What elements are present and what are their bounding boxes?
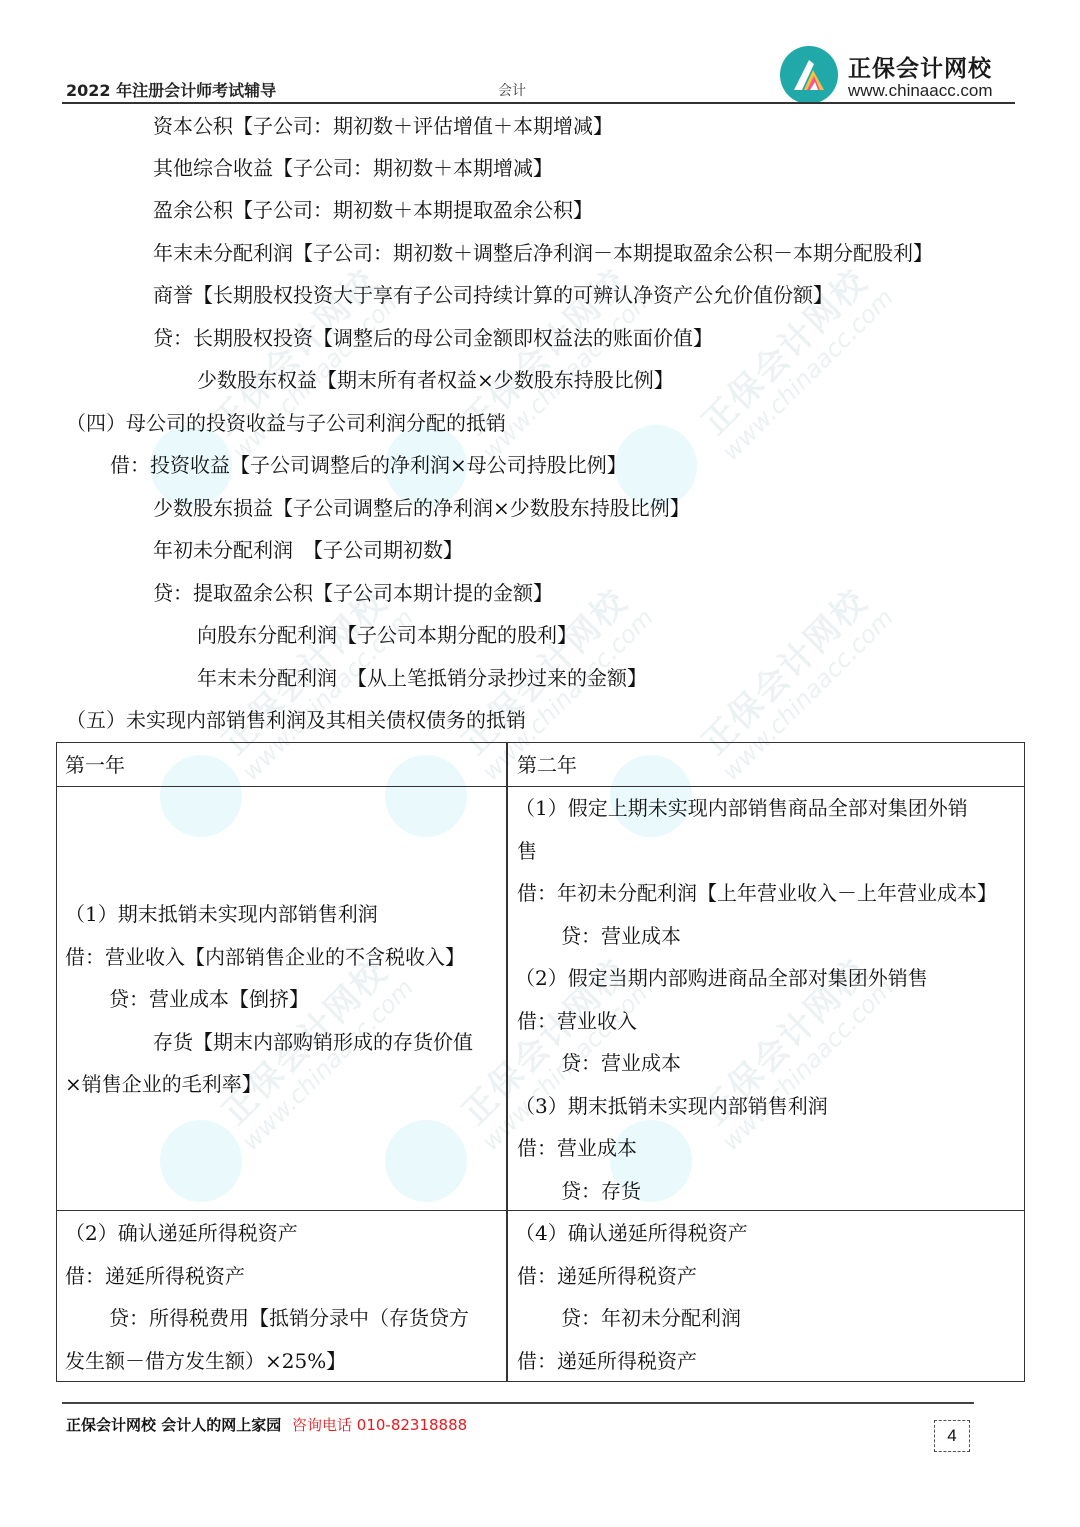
cell-line: （1）假定上期未实现内部销售商品全部对集团外销 <box>515 794 968 822</box>
table-row: （1）期末抵销未实现内部销售利润 借：营业收入【内部销售企业的不含税收入】 贷：… <box>57 787 1024 1211</box>
table-row: （2）确认递延所得税资产 借：递延所得税资产 贷：所得税费用【抵销分录中（存货贷… <box>57 1211 1024 1381</box>
cell-line: 贷：所得税费用【抵销分录中（存货贷方 <box>109 1304 469 1332</box>
footer-brand: 正保会计网校 会计人的网上家园 <box>66 1416 281 1434</box>
cell-line: 发生额－借方发生额）×25%】 <box>65 1347 346 1375</box>
document-title: 2022 年注册会计师考试辅导 <box>66 78 276 101</box>
entry-line: 盈余公积【子公司：期初数＋本期提取盈余公积】 <box>153 196 593 224</box>
entry-line: 年末未分配利润【子公司：期初数＋调整后净利润－本期提取盈余公积－本期分配股利】 <box>153 239 933 267</box>
section-heading: （五）未实现内部销售利润及其相关债权债务的抵销 <box>66 706 526 734</box>
cell-line: （3）期末抵销未实现内部销售利润 <box>515 1092 828 1120</box>
cell-line: （2）确认递延所得税资产 <box>65 1219 298 1247</box>
entry-line: 贷：长期股权投资【调整后的母公司金额即权益法的账面价值】 <box>153 324 713 352</box>
elimination-table: 第一年 第二年 （1）期末抵销未实现内部销售利润 借：营业收入【内部销售企业的不… <box>56 742 1025 1382</box>
cell-line: 贷：存货 <box>561 1177 641 1205</box>
footer-info: 正保会计网校 会计人的网上家园 咨询电话 010-82318888 <box>66 1414 467 1435</box>
page-number: 4 <box>934 1420 970 1452</box>
page-header: 2022 年注册会计师考试辅导 会计 正保会计网校 www.chinaacc.c… <box>62 0 1015 104</box>
header-year-one: 第一年 <box>65 751 125 779</box>
brand-name: 正保会计网校 <box>848 50 992 83</box>
header-year-two: 第二年 <box>517 751 577 779</box>
cell-line: 借：年初未分配利润【上年营业收入－上年营业成本】 <box>517 879 997 907</box>
cell-line: 借：递延所得税资产 <box>517 1347 697 1375</box>
footer-phone[interactable]: 咨询电话 010-82318888 <box>292 1416 467 1434</box>
entry-line: 其他综合收益【子公司：期初数＋本期增减】 <box>153 154 553 182</box>
entry-line: 年末未分配利润 【从上笔抵销分录抄过来的金额】 <box>197 664 647 692</box>
cell-line: 贷：营业成本 <box>561 922 681 950</box>
entry-line: 少数股东损益【子公司调整后的净利润×少数股东持股比例】 <box>153 494 690 522</box>
entry-line: 年初未分配利润 【子公司期初数】 <box>153 536 463 564</box>
cell-line: （2）假定当期内部购进商品全部对集团外销售 <box>515 964 928 992</box>
section-heading: （四）母公司的投资收益与子公司利润分配的抵销 <box>66 409 506 437</box>
cell-line: 贷：营业成本 <box>561 1049 681 1077</box>
cell-line: 借：营业成本 <box>517 1134 637 1162</box>
cell-line: 贷：营业成本【倒挤】 <box>109 985 309 1013</box>
header-divider <box>62 102 1015 104</box>
cell-line: 贷：年初未分配利润 <box>561 1304 741 1332</box>
cell-line: 借：营业收入 <box>517 1007 637 1035</box>
chinaacc-logo-icon <box>780 46 838 104</box>
entry-line: 少数股东权益【期末所有者权益×少数股东持股比例】 <box>197 366 674 394</box>
entry-line: 借：投资收益【子公司调整后的净利润×母公司持股比例】 <box>110 451 627 479</box>
cell-line: （1）期末抵销未实现内部销售利润 <box>65 900 378 928</box>
entry-line: 向股东分配利润【子公司本期分配的股利】 <box>197 621 577 649</box>
cell-line: （4）确认递延所得税资产 <box>515 1219 748 1247</box>
cell-line: 借：递延所得税资产 <box>517 1262 697 1290</box>
cell-line: ×销售企业的毛利率】 <box>65 1070 262 1098</box>
cell-line: 借：营业收入【内部销售企业的不含税收入】 <box>65 943 465 971</box>
subject-label: 会计 <box>498 80 526 100</box>
footer-divider <box>62 1402 974 1404</box>
cell-line: 售 <box>517 837 537 865</box>
brand-url[interactable]: www.chinaacc.com <box>848 81 993 101</box>
cell-line: 存货【期末内部购销形成的存货价值 <box>153 1028 473 1056</box>
cell-line: 借：递延所得税资产 <box>65 1262 245 1290</box>
entry-line: 资本公积【子公司：期初数＋评估增值＋本期增减】 <box>153 112 613 140</box>
table-header-row: 第一年 第二年 <box>57 743 1024 787</box>
entry-line: 贷：提取盈余公积【子公司本期计提的金额】 <box>153 579 553 607</box>
entry-line: 商誉【长期股权投资大于享有子公司持续计算的可辨认净资产公允价值份额】 <box>153 281 833 309</box>
